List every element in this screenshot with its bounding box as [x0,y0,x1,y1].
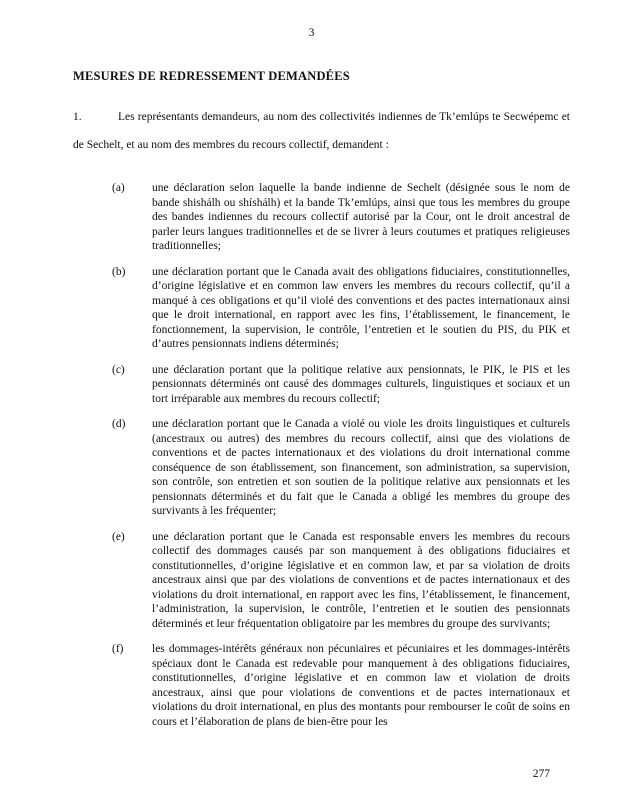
relief-item-d: (d) une déclaration portant que le Canad… [152,417,570,519]
section-heading: MESURES DE REDRESSEMENT DEMANDÉES [73,68,570,85]
item-label-c: (c) [112,363,125,378]
page-number-bottom: 277 [533,767,550,781]
item-label-b: (b) [112,265,125,280]
relief-item-b: (b) une déclaration portant que le Canad… [152,265,570,352]
relief-item-f: (f) les dommages-intérêts généraux non p… [152,642,570,729]
item-text-f: les dommages-intérêts généraux non pécun… [152,643,570,728]
item-text-d: une déclaration portant que le Canada a … [152,418,570,517]
relief-item-a: (a) une déclaration selon laquelle la ba… [152,181,570,254]
item-label-d: (d) [112,417,125,432]
relief-item-e: (e) une déclaration portant que le Canad… [152,530,570,632]
item-text-e: une déclaration portant que le Canada es… [152,531,570,630]
paragraph-number: 1. [73,103,82,131]
relief-item-c: (c) une déclaration portant que la polit… [152,363,570,407]
intro-paragraph: 1. Les représentants demandeurs, au nom … [73,103,570,159]
document-page: 3 MESURES DE REDRESSEMENT DEMANDÉES 1. L… [0,0,623,807]
relief-items-list: (a) une déclaration selon laquelle la ba… [0,181,623,729]
item-text-c: une déclaration portant que la politique… [152,364,570,405]
item-label-a: (a) [112,181,125,196]
intro-text: Les représentants demandeurs, au nom des… [73,103,570,159]
item-text-a: une déclaration selon laquelle la bande … [152,182,570,252]
item-label-f: (f) [112,642,124,657]
item-label-e: (e) [112,530,125,545]
page-number-top: 3 [0,0,623,40]
item-text-b: une déclaration portant que le Canada av… [152,266,570,351]
